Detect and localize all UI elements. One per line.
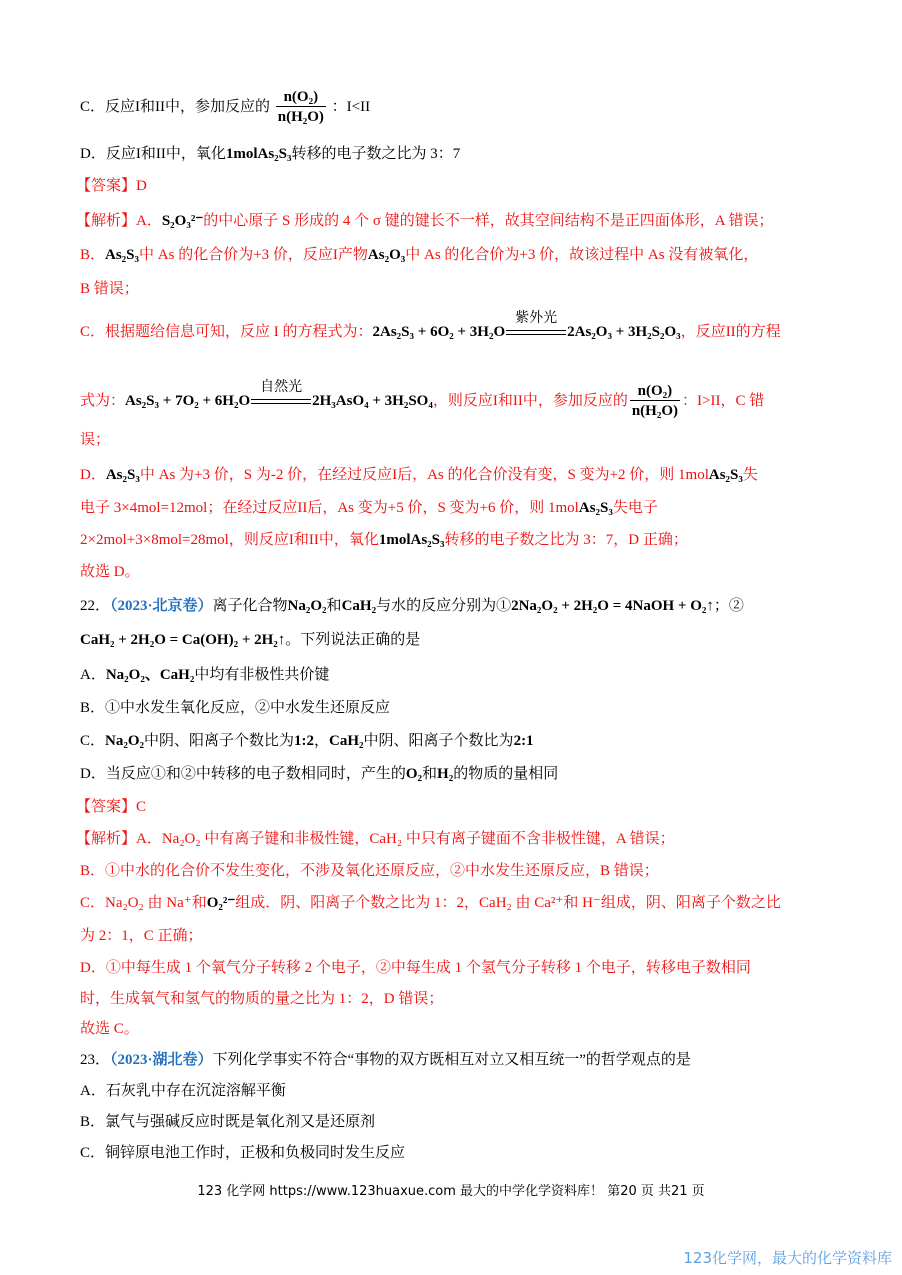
analysis-text: ，反应II的方程: [681, 324, 781, 340]
analysis-text: 转移的电子数之比为 3：7，D 正确；: [445, 532, 688, 548]
question-number: 22．: [80, 598, 110, 614]
analysis-text: C．Na₂O₂ 由 Na⁺和: [80, 895, 207, 911]
analysis-text: 中 As 的化合价为+3 价，反应I产物: [139, 247, 368, 263]
option-label: A．: [80, 667, 106, 683]
chemical-formula: 1molAs₂S₃: [226, 146, 292, 162]
stem-text: 和: [327, 598, 342, 614]
reaction-condition: 自然光: [251, 377, 311, 397]
analysis-text: B．: [80, 247, 105, 263]
q21-option-c: C．反应I和II中，参加反应的 n(O₂) n(H₂O) ：I<II: [80, 88, 370, 127]
chemical-formula: Na₂O₂、CaH₂: [106, 667, 195, 683]
stem-text: 与水的反应分别为①: [376, 598, 511, 614]
analysis-text: 组成．阴、阳离子个数之比为 1：2，CaH₂ 由 Ca²⁺和 H⁻组成，阴、阳离…: [235, 895, 781, 911]
fraction-denominator: n(H₂O): [276, 107, 326, 127]
q21-analysis-d: D．As₂S₃中 As 为+3 价，S 为-2 价，在经过反应I后，As 的化合…: [80, 465, 758, 485]
q21-analysis-d-line2: 电子 3×4mol=12mol；在经过反应II后，As 变为+5 价，S 变为+…: [80, 498, 658, 518]
q22-analysis-c-cont: 为 2：1，C 正确；: [80, 926, 203, 946]
option-text: 中阴、阳离子个数比为: [364, 733, 514, 749]
fraction-numerator: n(O₂): [630, 382, 680, 401]
analysis-text: 中 As 的化合价为+3 价，故该过程中 As 没有被氧化，: [405, 247, 758, 263]
ratio: 1:2: [294, 733, 314, 749]
fraction-denominator: n(H₂O): [630, 401, 680, 421]
question-source: （2023·湖北卷）: [110, 1052, 213, 1068]
page-footer: 123 化学网 https://www.123huaxue.com 最大的中学化…: [0, 1180, 902, 1199]
q23-stem: 23．（2023·湖北卷）下列化学事实不符合“事物的双方既相互对立又相互统一”的…: [80, 1050, 691, 1070]
reaction-arrow: 自然光: [251, 398, 311, 406]
q21-analysis-a: 【解析】A．S₂O₃²⁻的中心原子 S 形成的 4 个 σ 键的键长不一样，故其…: [76, 211, 773, 231]
reaction-condition: 紫外光: [506, 308, 566, 328]
analysis-text: ，则反应I和II中，参加反应的: [433, 393, 628, 409]
analysis-text: D．: [80, 467, 106, 483]
q22-answer: 【答案】C: [76, 797, 146, 817]
equation-left: 2As₂S₃ + 6O₂ + 3H₂O: [373, 324, 506, 340]
fraction: n(O₂) n(H₂O): [276, 88, 326, 127]
chemical-formula: 1molAs₂S₃: [379, 532, 445, 548]
watermark: 123化学网，最大的化学资料库: [683, 1247, 892, 1268]
q22-analysis-b: B．①中水的化合价不发生变化，不涉及氧化还原反应，②中水发生还原反应，B 错误；: [80, 861, 659, 881]
chemical-formula: Na₂O₂: [105, 733, 144, 749]
stem-text: 下列化学事实不符合“事物的双方既相互对立又相互统一”的哲学观点的是: [213, 1052, 691, 1068]
option-text: ，: [314, 733, 329, 749]
q21-conclusion: 故选 D。: [80, 562, 140, 582]
option-text: ：I<II: [332, 99, 370, 115]
chemical-formula: As₂O₃: [368, 247, 405, 263]
q22-stem: 22．（2023·北京卷）离子化合物Na₂O₂和CaH₂与水的反应分别为①2Na…: [80, 596, 744, 616]
question-number: 23．: [80, 1052, 110, 1068]
chemical-formula: H₂: [437, 766, 453, 782]
q21-analysis-c-eq2: 式为：As₂S₃ + 7O₂ + 6H₂O自然光2H₃AsO₄ + 3H₂SO₄…: [80, 382, 764, 421]
q21-analysis-b: B．As₂S₃中 As 的化合价为+3 价，反应I产物As₂O₃中 As 的化合…: [80, 245, 758, 265]
chemical-formula: As₂S₃: [106, 467, 140, 483]
option-text: D．当反应①和②中转移的电子数相同时，产生的: [80, 766, 406, 782]
q21-analysis-b-cont: B 错误；: [80, 279, 139, 299]
chemical-formula: As₂S₃: [105, 247, 139, 263]
q21-analysis-d-line3: 2×2mol+3×8mol=28mol，则反应I和II中，氧化1molAs₂S₃…: [80, 530, 688, 550]
q22-conclusion: 故选 C。: [80, 1019, 139, 1039]
option-text: 中均有非极性共价键: [194, 667, 329, 683]
reaction-arrow: 紫外光: [506, 329, 566, 337]
analysis-text: ：I>II，C 错: [682, 393, 764, 409]
option-text: 中阴、阳离子个数比为: [144, 733, 294, 749]
analysis-text: 的中心原子 S 形成的 4 个 σ 键的键长不一样，故其空间结构不是正四面体形，…: [203, 213, 773, 229]
equation-right: 2H₃AsO₄ + 3H₂SO₄: [312, 393, 433, 409]
analysis-text: 电子 3×4mol=12mol；在经过反应II后，As 变为+5 价，S 变为+…: [80, 500, 579, 516]
equation: CaH₂ + 2H₂O = Ca(OH)₂ + 2H₂↑: [80, 632, 285, 648]
fraction-numerator: n(O₂): [276, 88, 326, 107]
fraction: n(O₂)n(H₂O): [630, 382, 680, 421]
q23-option-a: A．石灰乳中存在沉淀溶解平衡: [80, 1081, 286, 1101]
chemical-formula: As₂S₃: [579, 500, 613, 516]
analysis-text: 失: [743, 467, 758, 483]
chemical-formula: O₂²⁻: [207, 895, 236, 911]
option-label: C．: [80, 733, 105, 749]
q21-answer: 【答案】D: [76, 176, 147, 196]
q22-analysis-d: D．①中每生成 1 个氧气分子转移 2 个电子，②中每生成 1 个氢气分子转移 …: [80, 958, 751, 978]
q22-analysis-a: 【解析】A．Na₂O₂ 中有离子键和非极性键，CaH₂ 中只有离子键面不含非极性…: [76, 829, 675, 849]
chemical-formula: S₂O₃²⁻: [162, 213, 203, 229]
stem-text: 。下列说法正确的是: [285, 632, 420, 648]
stem-text: ；②: [714, 598, 744, 614]
chemical-formula: Na₂O₂: [288, 598, 327, 614]
analysis-text: C．根据题给信息可知，反应 I 的方程式为：: [80, 324, 373, 340]
option-text: 的物质的量相同: [453, 766, 558, 782]
equation: 2Na₂O₂ + 2H₂O = 4NaOH + O₂↑: [511, 598, 714, 614]
q22-analysis-d-cont: 时，生成氧气和氢气的物质的量之比为 1：2，D 错误；: [80, 989, 443, 1009]
option-text: 转移的电子数之比为 3：7: [292, 146, 461, 162]
q23-option-b: B．氯气与强碱反应时既是氧化剂又是还原剂: [80, 1112, 375, 1132]
option-text: D．反应I和II中，氧化: [80, 146, 226, 162]
chemical-formula: CaH₂: [329, 733, 364, 749]
option-text: C．反应I和II中，参加反应的: [80, 99, 270, 115]
stem-text: 离子化合物: [213, 598, 288, 614]
q21-analysis-c: C．根据题给信息可知，反应 I 的方程式为：2As₂S₃ + 6O₂ + 3H₂…: [80, 322, 781, 342]
equation-left: As₂S₃ + 7O₂ + 6H₂O: [125, 393, 250, 409]
q22-analysis-c: C．Na₂O₂ 由 Na⁺和O₂²⁻组成．阴、阳离子个数之比为 1：2，CaH₂…: [80, 893, 781, 913]
option-text: 和: [422, 766, 437, 782]
q23-option-c: C．铜锌原电池工作时，正极和负极同时发生反应: [80, 1143, 405, 1163]
q22-option-a: A．Na₂O₂、CaH₂中均有非极性共价键: [80, 665, 329, 685]
analysis-text: 式为：: [80, 393, 125, 409]
q22-option-d: D．当反应①和②中转移的电子数相同时，产生的O₂和H₂的物质的量相同: [80, 764, 558, 784]
q21-option-d: D．反应I和II中，氧化1molAs₂S₃转移的电子数之比为 3：7: [80, 144, 460, 164]
analysis-label: 【解析】A．: [76, 213, 162, 229]
equation-right: 2As₂O₃ + 3H₂S₂O₃: [567, 324, 681, 340]
question-source: （2023·北京卷）: [110, 598, 213, 614]
chemical-formula: O₂: [406, 766, 422, 782]
q22-option-b: B．①中水发生氧化反应，②中水发生还原反应: [80, 698, 390, 718]
analysis-text: 中 As 为+3 价，S 为-2 价，在经过反应I后，As 的化合价没有变，S …: [140, 467, 709, 483]
q22-option-c: C．Na₂O₂中阴、阳离子个数比为1:2，CaH₂中阴、阳离子个数比为2:1: [80, 731, 534, 751]
analysis-text: 失电子: [613, 500, 658, 516]
chemical-formula: CaH₂: [342, 598, 377, 614]
chemical-formula: As₂S₃: [709, 467, 743, 483]
q22-stem-cont: CaH₂ + 2H₂O = Ca(OH)₂ + 2H₂↑。下列说法正确的是: [80, 630, 420, 650]
q21-analysis-c-cont: 误；: [80, 430, 110, 450]
ratio: 2:1: [514, 733, 534, 749]
analysis-text: 2×2mol+3×8mol=28mol，则反应I和II中，氧化: [80, 532, 379, 548]
